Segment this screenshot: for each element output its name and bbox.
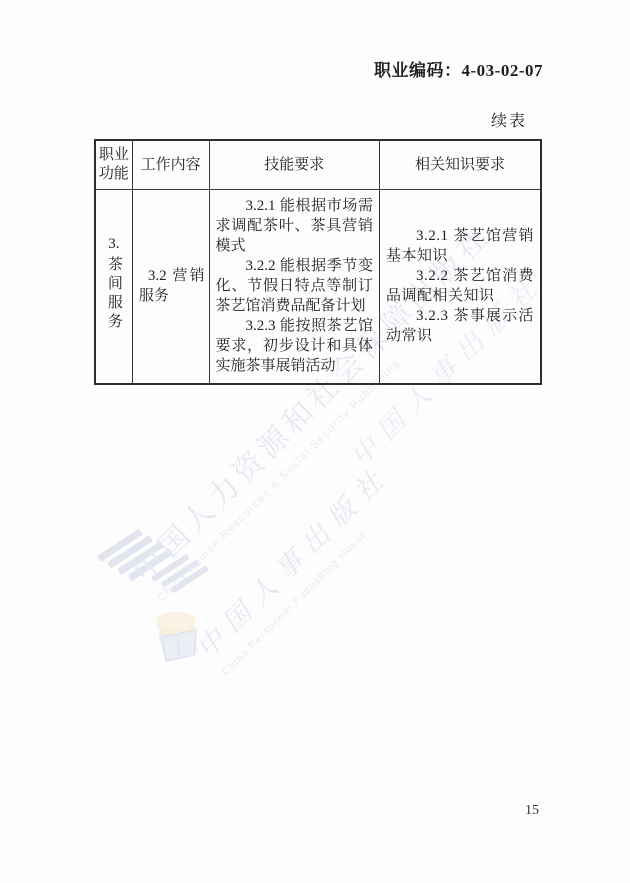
document-page: 中国人力资源和社会保障出版社 China Human Resources & S… [0, 0, 630, 883]
skill-item: 3.2.1 能根据市场需求调配茶叶、茶具营销模式 [216, 196, 374, 256]
work-content-line-2: 服务 [137, 286, 205, 306]
page-content: 职业编码：4-03-02-07 续表 职业功能 工作内容 技能要求 相关知识要求… [0, 0, 630, 883]
table-header-row: 职业功能 工作内容 技能要求 相关知识要求 [95, 140, 541, 190]
skill-item: 3.2.2 能根据季节变化、节假日特点等制订茶艺馆消费品配备计划 [216, 256, 374, 316]
cell-knowledge-requirements: 3.2.1 茶艺馆营销基本知识 3.2.2 茶艺馆消费品调配相关知识 3.2.3… [380, 190, 541, 384]
page-number: 15 [518, 803, 546, 819]
column-header-knowledge: 相关知识要求 [380, 140, 541, 190]
knowledge-item: 3.2.3 茶事展示活动常识 [386, 306, 534, 346]
knowledge-item: 3.2.1 茶艺馆营销基本知识 [386, 226, 534, 266]
column-header-skill: 技能要求 [209, 140, 380, 190]
function-number: 3. [97, 236, 131, 253]
cell-occupational-function: 3. 茶间服务 [95, 190, 132, 384]
standard-requirements-table: 职业功能 工作内容 技能要求 相关知识要求 3. 茶间服务 3.2 营销 服务 [94, 139, 542, 385]
work-content-line-1: 3.2 营销 [137, 266, 205, 286]
cell-skill-requirements: 3.2.1 能根据市场需求调配茶叶、茶具营销模式 3.2.2 能根据季节变化、节… [209, 190, 380, 384]
knowledge-item: 3.2.2 茶艺馆消费品调配相关知识 [386, 266, 534, 306]
function-name-vertical: 茶间服务 [105, 256, 123, 332]
skill-item: 3.2.3 能按照茶艺馆要求，初步设计和具体实施茶事展销活动 [216, 316, 374, 376]
continued-table-label: 续表 [491, 108, 527, 131]
occupation-code-label: 职业编码：4-03-02-07 [374, 56, 543, 81]
cell-work-content: 3.2 营销 服务 [132, 190, 209, 384]
column-header-function: 职业功能 [95, 140, 132, 190]
table-row: 3. 茶间服务 3.2 营销 服务 3.2.1 能根据市场需求调配茶叶、茶具营销… [95, 190, 541, 384]
column-header-work: 工作内容 [132, 140, 209, 190]
